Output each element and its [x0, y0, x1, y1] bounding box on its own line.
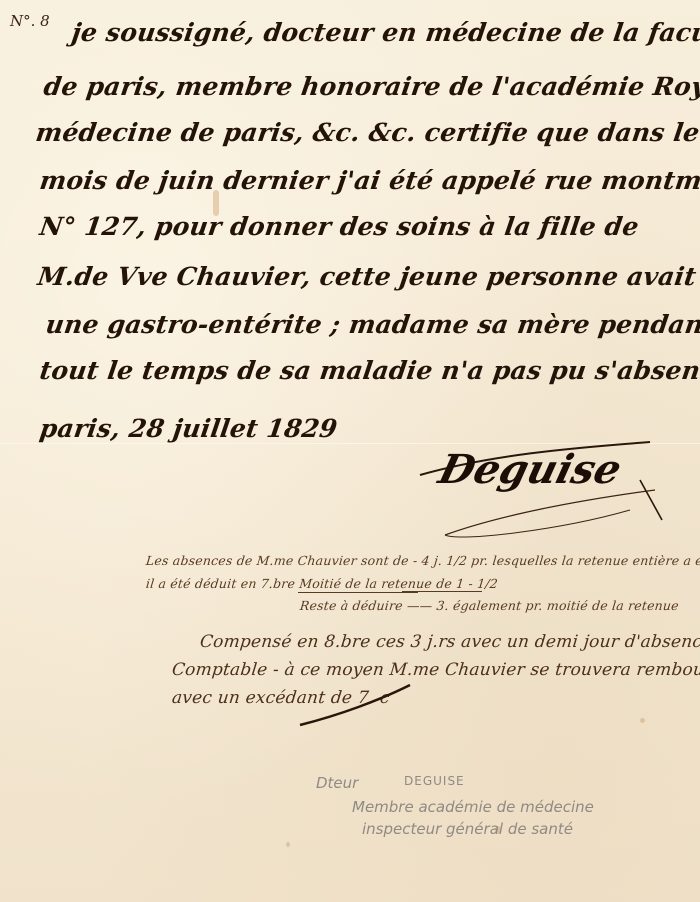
annotation-line-3: Reste à déduire —— 3. également pr. moit… — [299, 598, 679, 613]
annotation-line-1: Les absences de M.me Chauvier sont de - … — [145, 553, 700, 568]
body-line-1: je soussigné, docteur en médecine de la … — [70, 18, 700, 47]
place-date: paris, 28 juillet 1829 — [38, 414, 339, 443]
reference-number: N°. 8 — [10, 12, 50, 30]
foxing-spot — [286, 842, 290, 847]
pencil-name: DEGUISE — [404, 774, 465, 788]
document-page: N°. 8 je soussigné, docteur en médecine … — [0, 0, 700, 902]
signature: Deguise — [434, 446, 626, 493]
pencil-line-1: Membre académie de médecine — [352, 798, 594, 816]
body-line-5: N° 127, pour donner des soins à la fille… — [38, 212, 641, 241]
pencil-line-2: inspecteur général de santé — [362, 820, 573, 838]
body-line-3: médecine de paris, &c. &c. certifie que … — [34, 118, 700, 147]
annotation-line-2: il a été déduit en 7.bre Moitié de la re… — [145, 576, 498, 591]
annotation-underline — [298, 592, 418, 593]
body-line-7: une gastro-entérite ; madame sa mère pen… — [44, 310, 700, 339]
body-line-2: de paris, membre honoraire de l'académie… — [42, 72, 700, 101]
pencil-prefix: Dteur — [316, 774, 358, 792]
body-line-6: M.de Vve Chauvier, cette jeune personne … — [36, 262, 698, 291]
compensation-line-1: Compensé en 8.bre ces 3 j.rs avec un dem… — [199, 632, 700, 652]
foxing-spot — [640, 718, 645, 723]
body-line-4: mois de juin dernier j'ai été appelé rue… — [38, 166, 700, 195]
compensation-flourish — [290, 680, 420, 730]
subtraction-rule — [402, 591, 482, 592]
compensation-line-2: Comptable - à ce moyen M.me Chauvier se … — [171, 660, 700, 680]
body-line-8: tout le temps de sa maladie n'a pas pu s… — [38, 356, 700, 385]
